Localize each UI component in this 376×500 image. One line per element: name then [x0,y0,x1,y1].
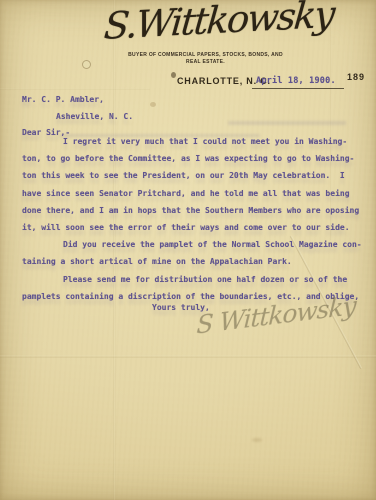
body-line: done there, and I am in hops that the So… [22,202,367,219]
horizontal-crease [0,355,376,358]
printed-date-rule [252,88,344,89]
body-line: Did you receive the pamplet of the Norma… [22,236,367,253]
letter-paper: S.Wittkowsky BUYER OF COMMERCIAL PAPERS,… [0,0,376,500]
printed-year-stub: 189 [347,72,365,82]
paper-stain [82,60,91,69]
letterhead-script-name: S.Wittkowsky [102,0,365,48]
body-line: I regret it very much that I could not m… [22,133,367,150]
typed-date: April 18, 1900. [256,76,336,86]
body-line: ton, to go before the Committee, as I wa… [22,150,367,167]
recipient-city: Asheville, N. C. [56,112,133,121]
letter-body: I regret it very much that I could not m… [22,133,367,305]
body-line: have since seen Senator Pritchard, and h… [22,185,367,202]
body-line: it, will soon see the error of their way… [22,219,367,236]
recipient-name: Mr. C. P. Ambler, [22,95,104,104]
letter-scan: S.Wittkowsky BUYER OF COMMERCIAL PAPERS,… [0,0,376,500]
body-line: taining a short artical of mine on the A… [22,253,367,270]
dateline: CHARLOTTE, N. C. April 18, 1900. 189 [0,72,376,94]
paper-stain [252,438,262,442]
letterhead-tagline: BUYER OF COMMERCIAL PAPERS, STOCKS, BOND… [98,52,313,66]
body-line: Please send me for distribution one half… [22,271,367,288]
ink-ghost-smudge [228,121,346,125]
tagline-line1: BUYER OF COMMERCIAL PAPERS, STOCKS, BOND… [128,52,283,58]
body-line: ton this week to see the President, on o… [22,167,367,184]
tagline-line2: REAL ESTATE. [186,59,225,65]
paper-stain [150,102,156,107]
